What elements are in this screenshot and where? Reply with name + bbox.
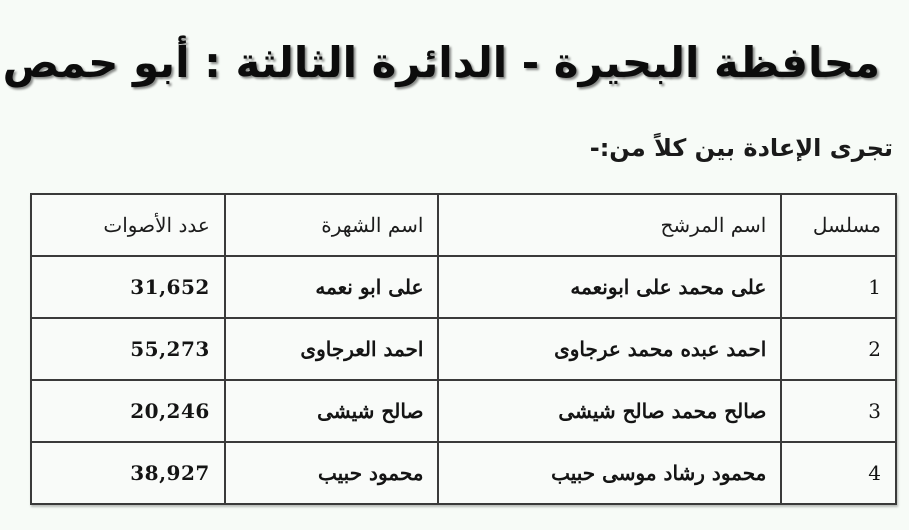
- column-header-candidate-name: اسم المرشح: [438, 194, 781, 256]
- runoff-candidates-table: مسلسل اسم المرشح اسم الشهرة عدد الأصوات …: [30, 193, 897, 505]
- table-row: 2 احمد عبده محمد عرجاوى احمد العرجاوى 55…: [31, 318, 896, 380]
- page-title: محافظة البحيرة - الدائرة الثالثة : أبو ح…: [40, 28, 880, 98]
- table-row: 4 محمود رشاد موسى حبيب محمود حبيب 38,927: [31, 442, 896, 504]
- cell-serial: 2: [781, 318, 896, 380]
- cell-votes: 31,652: [31, 256, 225, 318]
- cell-candidate-name: على محمد على ابونعمه: [438, 256, 781, 318]
- cell-serial: 1: [781, 256, 896, 318]
- table-row: 3 صالح محمد صالح شيشى صالح شيشى 20,246: [31, 380, 896, 442]
- column-header-votes: عدد الأصوات: [31, 194, 225, 256]
- column-header-known-as: اسم الشهرة: [225, 194, 439, 256]
- cell-known-as: احمد العرجاوى: [225, 318, 439, 380]
- cell-known-as: على ابو نعمه: [225, 256, 439, 318]
- cell-known-as: محمود حبيب: [225, 442, 439, 504]
- cell-candidate-name: محمود رشاد موسى حبيب: [438, 442, 781, 504]
- table-header-row: مسلسل اسم المرشح اسم الشهرة عدد الأصوات: [31, 194, 896, 256]
- cell-votes: 20,246: [31, 380, 225, 442]
- cell-candidate-name: صالح محمد صالح شيشى: [438, 380, 781, 442]
- cell-candidate-name: احمد عبده محمد عرجاوى: [438, 318, 781, 380]
- runoff-subtitle: تجرى الإعادة بين كلاً من:-: [590, 128, 893, 168]
- cell-votes: 38,927: [31, 442, 225, 504]
- cell-serial: 4: [781, 442, 896, 504]
- column-header-serial: مسلسل: [781, 194, 896, 256]
- cell-votes: 55,273: [31, 318, 225, 380]
- cell-serial: 3: [781, 380, 896, 442]
- cell-known-as: صالح شيشى: [225, 380, 439, 442]
- table-row: 1 على محمد على ابونعمه على ابو نعمه 31,6…: [31, 256, 896, 318]
